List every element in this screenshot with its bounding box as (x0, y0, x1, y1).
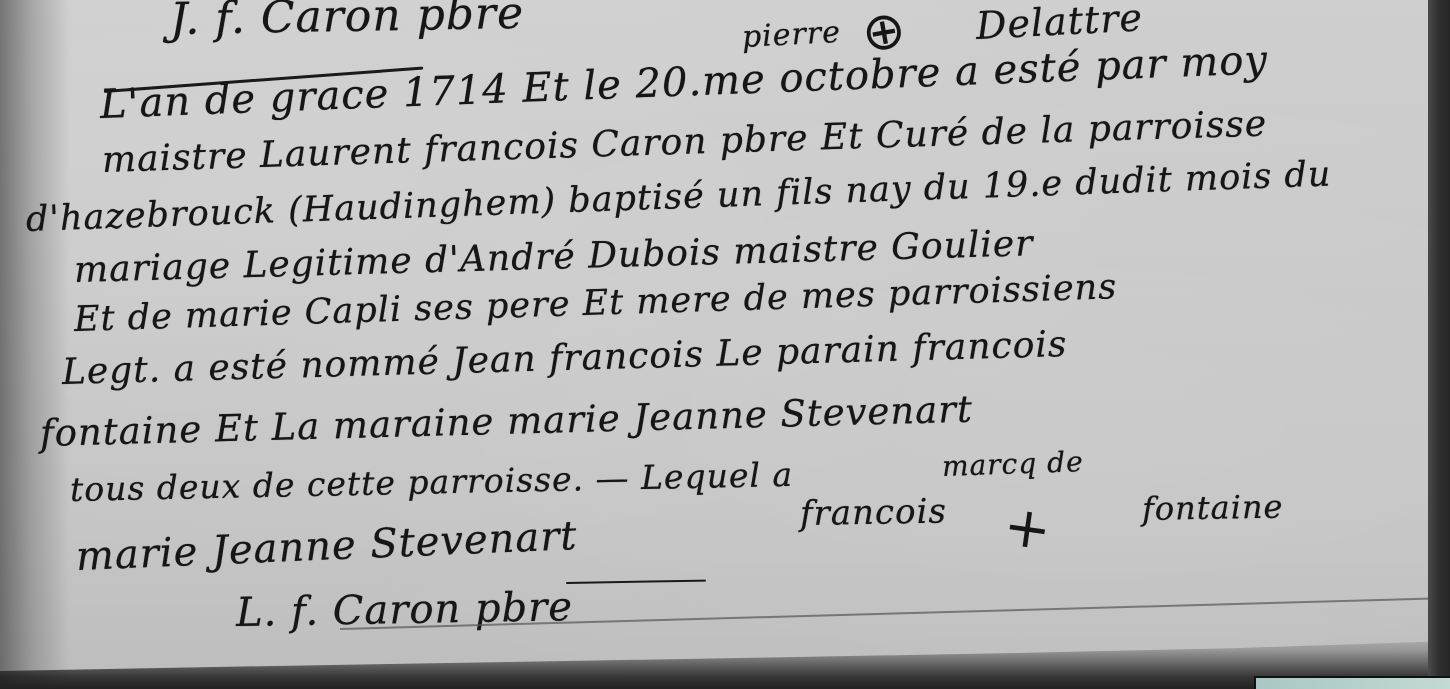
godfather-cross-mark-icon: + (1000, 493, 1056, 564)
entry-line-8: tous deux de cette parroisse. — Lequel a (70, 455, 794, 509)
document-scan: J. f. Caron pbre pierre ⊕ Delattre L'an … (0, 0, 1450, 689)
signature-underline (566, 580, 706, 584)
godfather-last-name: fontaine (1142, 488, 1284, 528)
torn-bottom-edge (0, 629, 1450, 689)
previous-priest-signature: J. f. Caron pbre (170, 0, 525, 45)
witness-first-name: pierre (741, 15, 842, 55)
godfather-first-name: francois (800, 491, 948, 534)
priest-signature: L. f. Caron pbre (236, 584, 574, 636)
margin-note: marcq de (941, 445, 1084, 483)
witness-surname: Delattre (975, 0, 1144, 48)
binding-edge (1428, 0, 1450, 689)
godmother-signature: marie Jeanne Stevenart (75, 513, 578, 580)
left-margin-shadow (0, 0, 70, 689)
entry-line-7: fontaine Et La maraine marie Jeanne Stev… (39, 388, 973, 455)
adjacent-image-corner (1254, 676, 1450, 689)
